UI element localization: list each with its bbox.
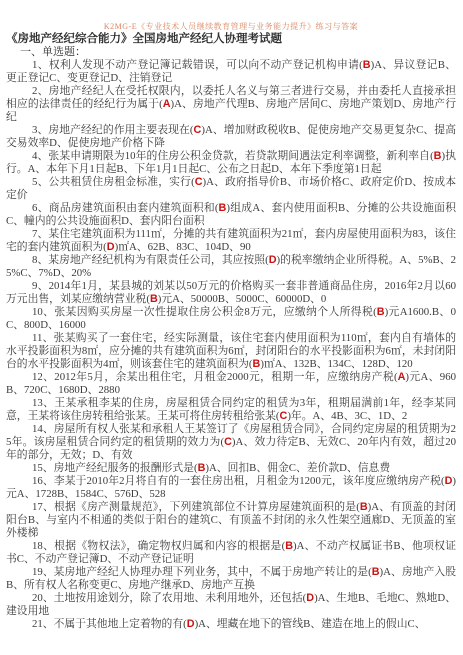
question-6: 6、商品房建筑面积由套内建筑面积和(B)组成A、套内使用面积B、分摊的公共设施面… — [6, 202, 456, 228]
question-text: 5、公共租赁住房租金标准，实行( — [32, 176, 195, 188]
question-13: 13、王某承租李某的住房，房屋租赁合同约定的租赁为3年，租期届满前1年，经李某同… — [6, 397, 456, 423]
answer-letter: B — [150, 293, 158, 305]
question-text: 21、不属于其他地上定着物的有( — [32, 618, 187, 630]
question-7: 7、某住宅建筑面积为111㎡，分摊的共有建筑面积为21㎡，套内房屋使用面积为83… — [6, 228, 456, 254]
question-12: 12、2012年5月，余某出租住宅，月租金2000元，租期一年，应缴纳房产税(A… — [6, 371, 456, 397]
question-options: )㎡A、132B、134C、128D、120 — [260, 358, 412, 370]
question-text: 19、某房地产经纪人协理办理下列业务，其中，不属于房地产转让的是( — [32, 566, 372, 578]
question-options: )㎡A、62B、83C、104D、90 — [115, 241, 251, 253]
question-18: 18、根据《物权法》，确定物权归属和内容的根据是(B)A、不动产权属证书B、他项… — [6, 540, 456, 566]
question-21: 21、不属于其他地上定着物的有(D)A、埋藏在地下的管线B、建造在地上的假山C、 — [6, 618, 456, 631]
question-text: 16、李某于2010年2月将自有的一套住房出租，月租金为1200元，该年度应缴纳… — [32, 475, 445, 487]
answer-letter: D — [306, 592, 314, 604]
question-options: )A、回扣B、佣金C、差价款D、信息费 — [205, 462, 390, 474]
question-4: 4、张某申请期限为10年的住房公积金贷款，若贷款期间遇法定利率调整，新利率自(B… — [6, 150, 456, 176]
question-1: 1、权利人发现不动产登记簿记载错误，可以向不动产登记机构申请(B)A、异议登记B… — [6, 59, 456, 85]
question-20: 20、土地按用途划分，除了农用地、未利用地外，还包括(D)A、生地B、毛地C、熟… — [6, 592, 456, 618]
answer-letter: D — [269, 254, 277, 266]
question-14: 14、房屋所有权人张某和承租人王某签订了《房屋租赁合同》，合同约定房屋的租赁期为… — [6, 423, 456, 462]
answer-letter: A — [163, 98, 171, 110]
answer-letter: D — [187, 618, 195, 630]
question-list: 1、权利人发现不动产登记簿记载错误，可以向不动产登记机构申请(B)A、异议登记B… — [6, 59, 456, 631]
answer-letter: B — [285, 540, 293, 552]
question-2: 2、房地产经纪人在受托权限内，以委托人名义与第三者进行交易，并由委托人直接承担相… — [6, 85, 456, 124]
question-text: 1、权利人发现不动产登记簿记载错误，可以向不动产登记机构申请( — [32, 59, 363, 71]
answer-letter: B — [372, 566, 380, 578]
question-text: 10、张某因购买房屋一次性提取住房公积金8万元，应缴纳个人所得税( — [32, 306, 377, 318]
answer-letter: B — [360, 501, 368, 513]
section-heading: 一、单选题： — [6, 46, 456, 59]
question-9: 9、2014年1月，某县城的刘某以50万元的价格购买一套非普通商品住房，2016… — [6, 280, 456, 306]
answer-letter: C — [224, 436, 232, 448]
question-options: )A、埋藏在地下的管线B、建造在地上的假山C、 — [195, 618, 426, 630]
question-11: 11、张某购买了一套住宅，经实际测量，该住宅套内使用面积为110㎡，套内自有墙体… — [6, 332, 456, 371]
question-options: )元A、50000B、5000C、60000D、0 — [158, 293, 327, 305]
question-3: 3、房地产经纪的作用主要表现在(C)A、增加财政税收B、促使房地产交易更复杂C、… — [6, 124, 456, 150]
question-text: 6、商品房建筑面积由套内建筑面积和( — [32, 202, 219, 214]
document-page: K2MG-E《专业技术人员继续教育管理与业务能力提升》练习与答案 《房地产经纪综… — [0, 0, 463, 655]
question-text: 8、某房地产经纪机构为有限责任公司，其应按照( — [32, 254, 269, 266]
answer-letter: B — [363, 59, 371, 71]
question-text: 4、张某申请期限为10年的住房公积金贷款，若贷款期间遇法定利率调整，新利率自( — [32, 150, 434, 162]
question-10: 10、张某因购买房屋一次性提取住房公积金8万元，应缴纳个人所得税(B)元A160… — [6, 306, 456, 332]
answer-letter: C — [195, 176, 203, 188]
answer-letter: D — [107, 241, 115, 253]
question-19: 19、某房地产经纪人协理办理下列业务，其中，不属于房地产转让的是(B)A、房地产… — [6, 566, 456, 592]
question-text: 3、房地产经纪的作用主要表现在( — [32, 124, 194, 136]
question-15: 15、房地产经纪服务的报酬形式是(B)A、回扣B、佣金C、差价款D、信息费 — [6, 462, 456, 475]
question-text: 17、根据《房产测量规范》，下列建筑部位不计算房屋建筑面积的是( — [32, 501, 360, 513]
answer-letter: B — [377, 306, 385, 318]
page-number: 1 — [427, 592, 432, 602]
question-8: 8、某房地产经纪机构为有限责任公司，其应按照(D)的税率缴纳企业所得税。A、5%… — [6, 254, 456, 280]
question-5: 5、公共租赁住房租金标准，实行(C)A、政府指导价B、市场价格C、政府定价D、按… — [6, 176, 456, 202]
question-text: 20、土地按用途划分，除了农用地、未利用地外，还包括( — [32, 592, 306, 604]
question-text: 15、房地产经纪服务的报酬形式是( — [32, 462, 198, 474]
doc-title: 《房地产经纪综合能力》全国房地产经纪人协理考试题 — [6, 33, 456, 46]
question-16: 16、李某于2010年2月将自有的一套住房出租，月租金为1200元，该年度应缴纳… — [6, 475, 456, 501]
question-text: 12、2012年5月，余某出租住宅，月租金2000元，租期一年，应缴纳房产税( — [32, 371, 398, 383]
question-17: 17、根据《房产测量规范》，下列建筑部位不计算房屋建筑面积的是(B)A、有顶盖的… — [6, 501, 456, 540]
question-options: )年。A、4B、3C、1D、2 — [287, 410, 407, 422]
question-text: 18、根据《物权法》，确定物权归属和内容的根据是( — [32, 540, 285, 552]
header-course-note: K2MG-E《专业技术人员继续教育管理与业务能力提升》练习与答案 — [6, 20, 456, 33]
